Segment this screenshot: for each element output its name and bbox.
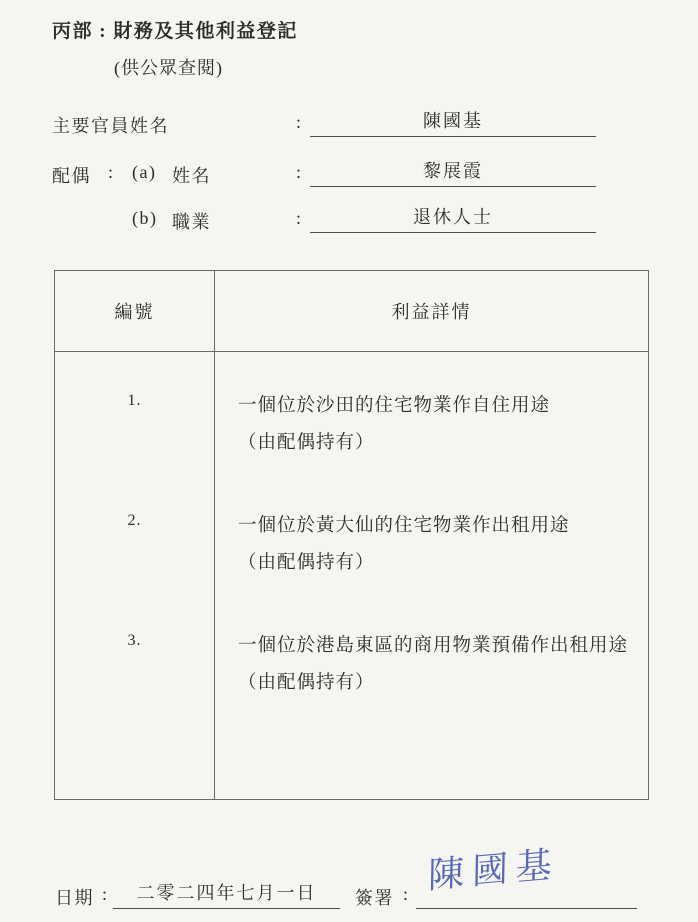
date-colon: :	[102, 884, 109, 905]
spouse-occupation-row: (b) 職業 : 退休人士	[0, 208, 698, 234]
spouse-name-label: 姓名	[172, 162, 211, 188]
interest-description: 一個位於港島東區的商用物業預備作出租用途	[238, 628, 640, 665]
sign-colon: :	[403, 884, 410, 905]
date-label: 日期	[55, 884, 94, 910]
interest-description: 一個位於沙田的住宅物業作自住用途	[238, 388, 640, 425]
date-value: 二零二四年七月一日	[113, 878, 340, 909]
scanned-declaration-form: 丙部 : 財務及其他利益登記 (供公眾查閱) 主要官員姓名 : 陳國基 配偶 :…	[0, 0, 698, 922]
form-subtitle: (供公眾查閱)	[114, 54, 223, 80]
spouse-occupation-prefix: (b)	[132, 208, 158, 229]
table-header-details: 利益詳情	[215, 271, 648, 352]
interest-holder-note: （由配偶持有）	[238, 425, 640, 462]
table-row-details: 一個位於沙田的住宅物業作自住用途 （由配偶持有）	[215, 352, 648, 472]
interest-description: 一個位於黃大仙的住宅物業作出租用途	[238, 508, 640, 545]
table-row-number: 2.	[55, 472, 214, 592]
table-row-details: 一個位於黃大仙的住宅物業作出租用途 （由配偶持有）	[215, 472, 648, 592]
spouse-name-row: 配偶 : (a) 姓名 : 黎展霞	[0, 162, 698, 188]
footer-row: 日期 : 二零二四年七月一日 簽署 :	[0, 884, 698, 910]
table-header-number: 編號	[55, 271, 215, 352]
spouse-occupation-colon: :	[296, 208, 303, 229]
interest-holder-note: （由配偶持有）	[238, 665, 640, 702]
sign-label: 簽署	[355, 884, 394, 910]
interests-table: 編號 利益詳情 1. 2. 3. 一個位於沙田的住宅物業作自住用途 （由配偶持有…	[54, 270, 649, 800]
spouse-name-prefix: (a)	[132, 162, 156, 183]
spouse-occupation-value: 退休人士	[310, 202, 596, 233]
spouse-label: 配偶	[52, 162, 91, 188]
table-details-column: 一個位於沙田的住宅物業作自住用途 （由配偶持有） 一個位於黃大仙的住宅物業作出租…	[215, 352, 648, 799]
official-name-label: 主要官員姓名	[52, 112, 169, 138]
interest-holder-note: （由配偶持有）	[238, 545, 640, 582]
spouse-colon: :	[108, 162, 115, 183]
form-title: 丙部 : 財務及其他利益登記	[52, 16, 298, 43]
table-row-number: 3.	[55, 592, 214, 712]
official-name-value: 陳國基	[310, 106, 596, 137]
table-number-column: 1. 2. 3.	[55, 352, 215, 799]
table-row-details: 一個位於港島東區的商用物業預備作出租用途 （由配偶持有）	[215, 592, 648, 712]
table-row-number: 1.	[55, 352, 214, 472]
official-name-row: 主要官員姓名 : 陳國基	[0, 112, 698, 138]
spouse-name-value: 黎展霞	[310, 156, 596, 187]
spouse-occupation-label: 職業	[172, 208, 211, 234]
official-name-colon: :	[296, 112, 303, 133]
spouse-name-colon: :	[296, 162, 303, 183]
